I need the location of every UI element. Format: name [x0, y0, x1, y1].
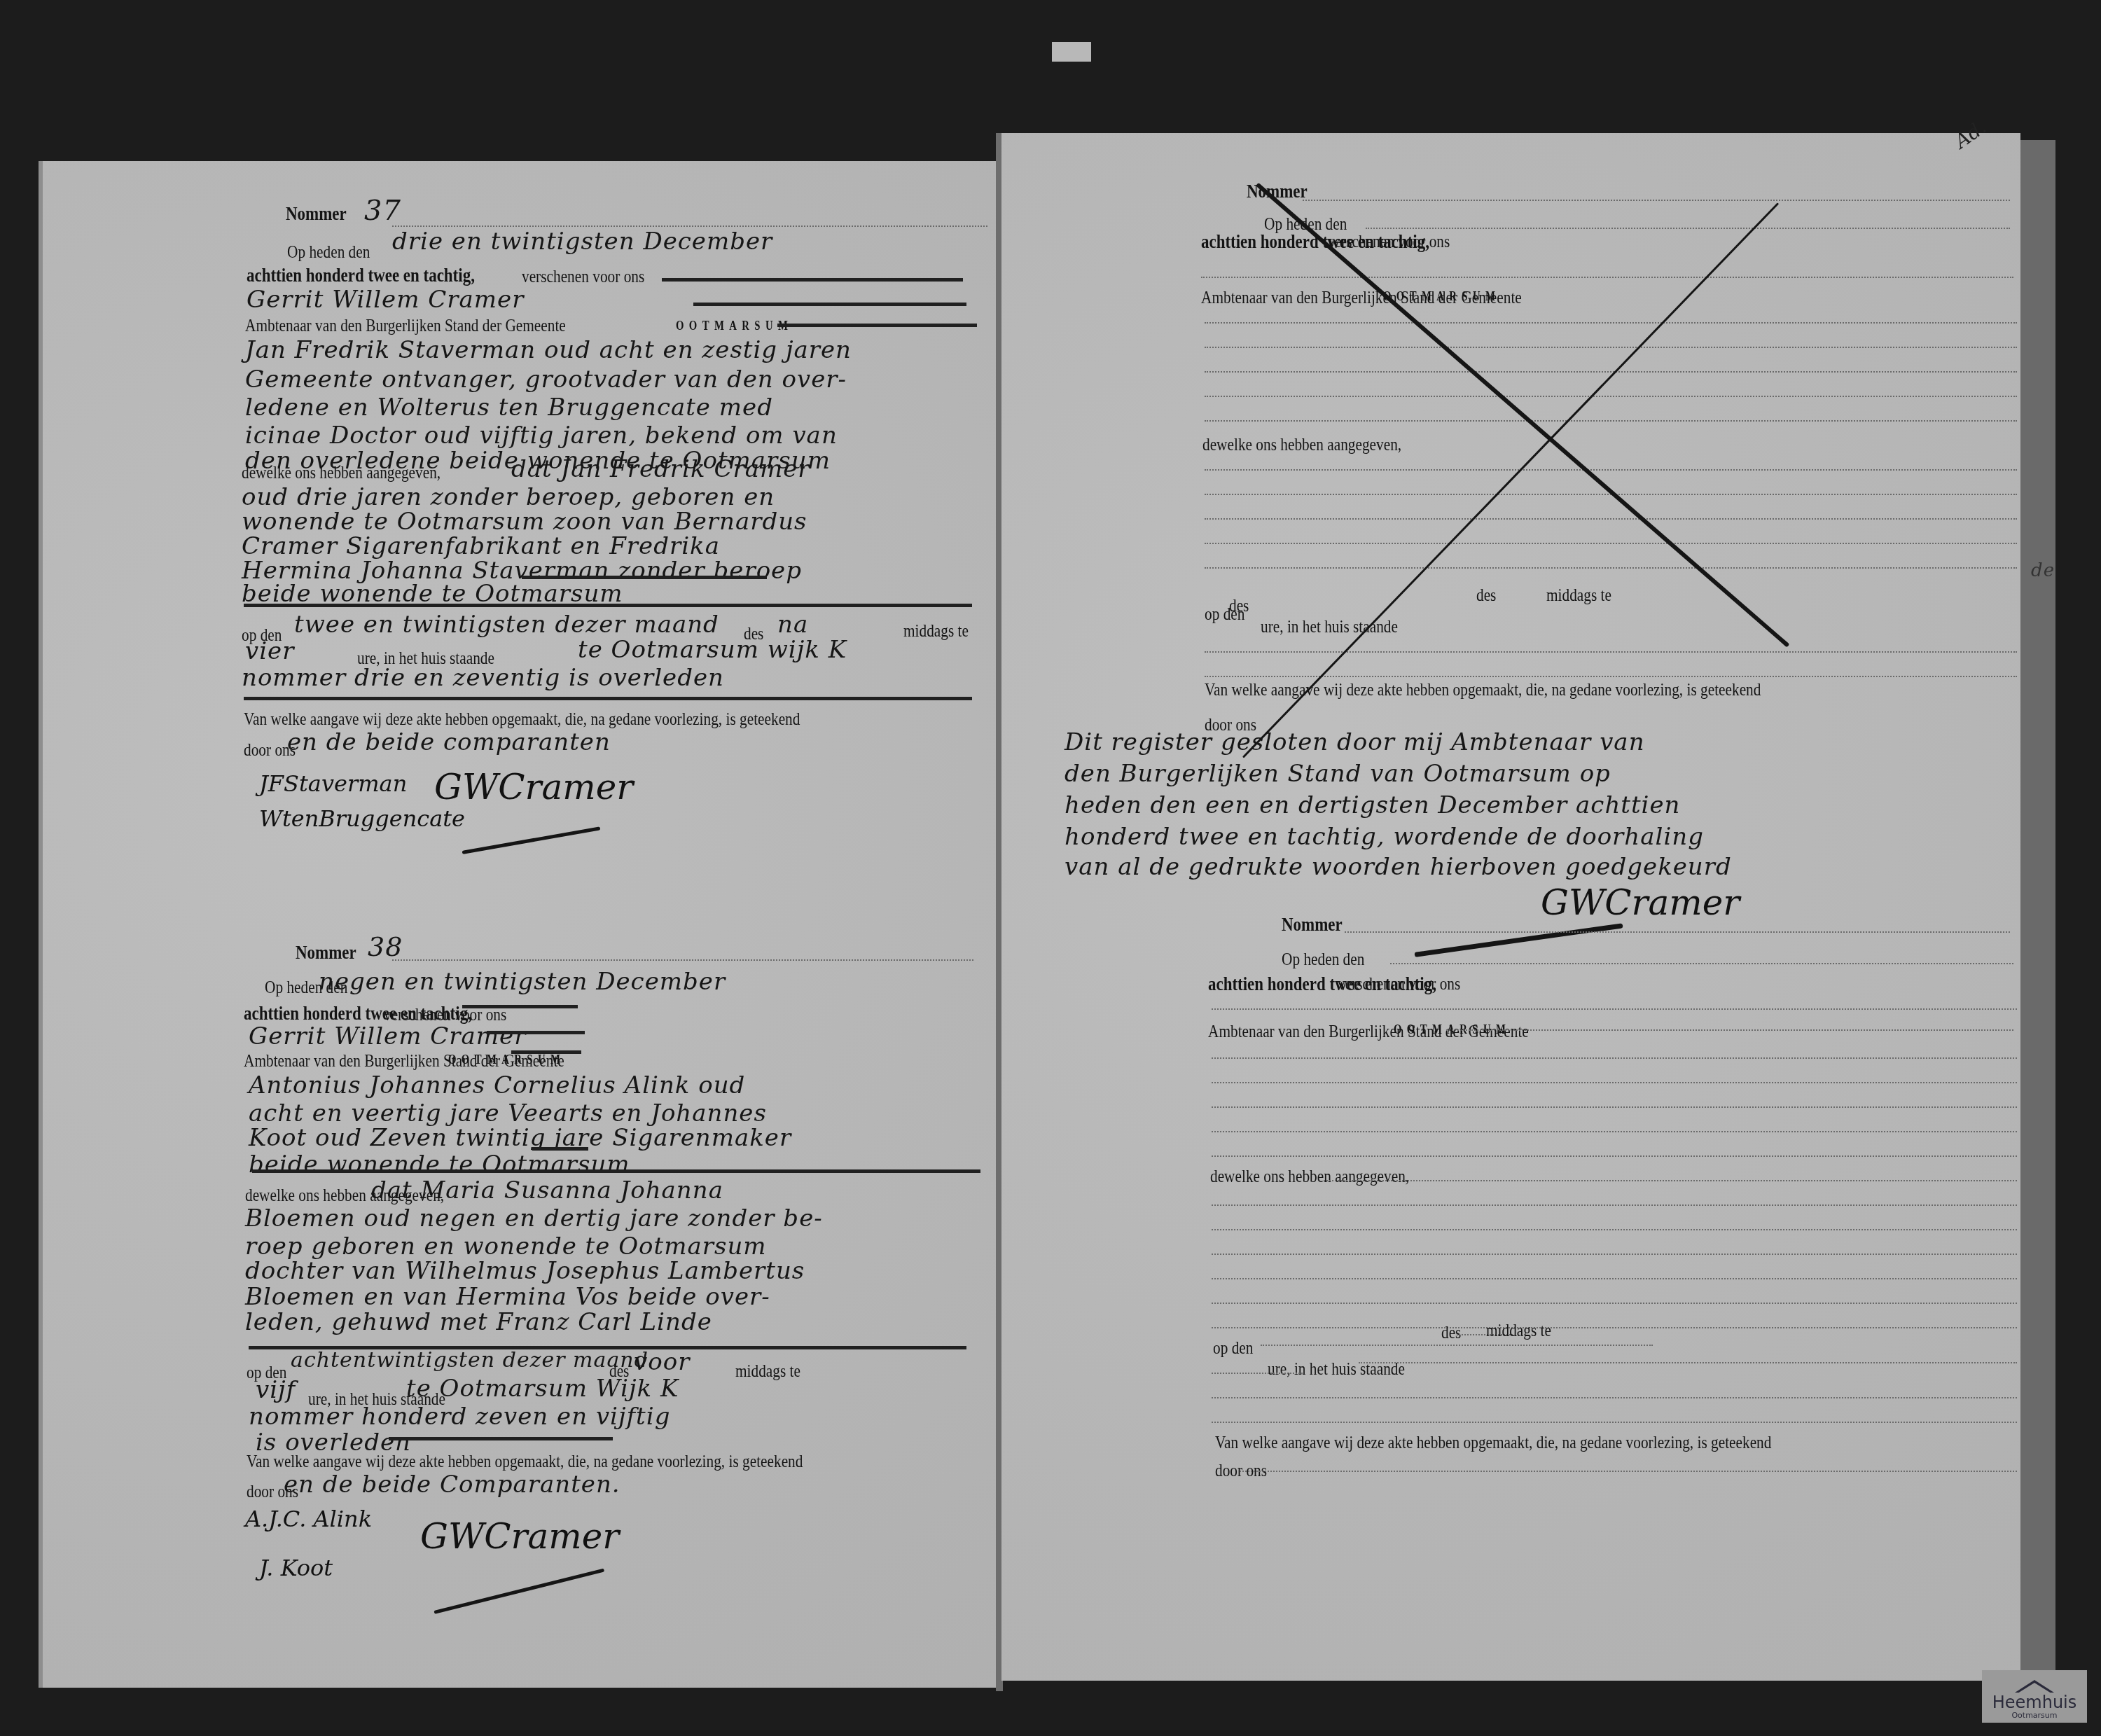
nommer-label: Nommer	[286, 203, 347, 225]
declared-line: Bloemen en van Hermina Vos beide over-	[245, 1283, 770, 1311]
declared-line: Cramer Sigarenfabrikant en Fredrika	[242, 532, 720, 560]
middags-label: middags te	[1486, 1320, 1551, 1341]
underlying-page-edge	[2020, 140, 2055, 1681]
closing-line: heden den een en dertigsten December ach…	[1065, 791, 1681, 819]
heemhuis-logo: Heemhuis Ootmarsum	[1982, 1670, 2087, 1723]
declarant-line: ledene en Wolterus ten Bruggencate med	[245, 394, 773, 422]
declarant-line: icinae Doctor oud vijftig jaren, bekend …	[245, 422, 838, 450]
film-marker-strip	[1052, 42, 1091, 62]
declared-line: roep geboren en wonende te Ootmarsum	[245, 1232, 767, 1261]
house-line: nommer drie en zeventig is overleden	[242, 664, 724, 692]
declared-line: Bloemen oud negen en dertig jare zonder …	[245, 1204, 823, 1232]
dewelke-label: dewelke ons hebben aangegeven,	[242, 462, 441, 483]
house-line: te Ootmarsum Wijk K	[406, 1375, 679, 1403]
logo-name: Heemhuis	[1992, 1694, 2077, 1711]
entry-number: 38	[368, 931, 403, 962]
declarant-line: beide wonende te Ootmarsum	[249, 1151, 630, 1179]
death-date: achtentwintigsten dezer maand	[291, 1348, 649, 1373]
op-den-label: op den	[1213, 1338, 1253, 1359]
signature-koot: J. Koot	[259, 1555, 333, 1581]
verschenen-label: verschenen voor ons	[1327, 231, 1450, 252]
house-line: nommer honderd zeven en vijftig	[249, 1403, 670, 1431]
hour-value: vier	[245, 637, 294, 665]
verschenen-label: verschenen voor ons	[1338, 973, 1460, 994]
middags-label: middags te	[903, 620, 969, 641]
des-value: na	[777, 611, 808, 639]
entry-date: drie en twintigsten December	[392, 228, 772, 256]
verschenen-label: verschenen voor ons	[522, 266, 644, 287]
nommer-label: Nommer	[296, 942, 356, 964]
house-roof-icon	[2015, 1680, 2054, 1693]
signature-cramer: GWCramer	[420, 1516, 619, 1557]
declared-line: dat Jan Fredrik Cramer	[511, 455, 810, 483]
dewelke-label: dewelke ons hebben aangegeven,	[1202, 434, 1401, 455]
entry-date: negen en twintigsten December	[319, 968, 726, 996]
dewelke-label: dewelke ons hebben aangegeven,	[1210, 1166, 1409, 1187]
hour-value: vijf	[256, 1376, 296, 1404]
des-label: des	[1476, 585, 1496, 606]
official-name: Gerrit Willem Cramer	[249, 1022, 526, 1050]
signature-cramer: GWCramer	[1541, 882, 1740, 923]
year-line: achttien honderd twee en tachtig,	[247, 265, 475, 287]
des-value: voor	[634, 1348, 690, 1376]
declared-line: dat Maria Susanna Johanna	[371, 1176, 723, 1204]
signature-staverman: JFStaverman	[259, 770, 407, 797]
des-label: des	[1441, 1322, 1461, 1343]
closing-line: Dit register gesloten door mij Ambtenaar…	[1065, 728, 1645, 756]
signed-by: en de beide Comparanten.	[284, 1471, 620, 1499]
signed-by: en de beide comparanten	[287, 728, 611, 756]
gemeente-label: OOTMARSUM	[1383, 289, 1500, 304]
declarant-line: Gemeente ontvanger, grootvader van den o…	[245, 366, 847, 394]
van-welke-text: Van welke aangave wij deze akte hebben o…	[1205, 679, 1761, 700]
declarant-line: Koot oud Zeven twintig jare Sigarenmaker	[249, 1124, 791, 1152]
entry-number: 37	[364, 195, 401, 227]
closing-line: van al de gedrukte woorden hierboven goe…	[1065, 853, 1732, 881]
signature-ten-bruggencate: WtenBruggencate	[259, 805, 465, 832]
death-date: twee en twintigsten dezer maand	[294, 611, 719, 639]
op-heden-label: Op heden den	[287, 242, 370, 263]
op-heden-label: Op heden den	[1282, 949, 1364, 970]
op-den-label: op den	[1205, 604, 1244, 625]
signature-alink: A.J.C. Alink	[245, 1506, 372, 1532]
declared-line: leden, gehuwd met Franz Carl Linde	[245, 1308, 712, 1336]
van-welke-text: Van welke aangave wij deze akte hebben o…	[244, 709, 800, 730]
house-line: te Ootmarsum wijk K	[578, 636, 847, 664]
declarant-line: Antonius Johannes Cornelius Alink oud	[249, 1071, 745, 1099]
middags-label: middags te	[735, 1361, 800, 1382]
gemeente-label: OOTMARSUM	[676, 319, 793, 333]
logo-subtitle: Ootmarsum	[2011, 1711, 2057, 1720]
van-welke-text: Van welke aangave wij deze akte hebben o…	[247, 1451, 803, 1472]
declared-line: wonende te Ootmarsum zoon van Bernardus	[242, 508, 807, 536]
declared-line: oud drie jaren zonder beroep, geboren en	[242, 483, 775, 511]
declared-line: dochter van Wilhelmus Josephus Lambertus	[245, 1257, 805, 1285]
declarant-line: acht en veertig jare Veearts en Johannes	[249, 1099, 767, 1127]
declarant-line: Jan Fredrik Staverman oud acht en zestig…	[245, 336, 852, 364]
ambtenaar-label: Ambtenaar van den Burgerlijken Stand der…	[245, 315, 566, 336]
closing-line: honderd twee en tachtig, wordende de doo…	[1065, 823, 1704, 851]
nommer-label: Nommer	[1282, 914, 1343, 936]
signature-cramer: GWCramer	[434, 767, 633, 807]
closing-line: den Burgerlijken Stand van Ootmarsum op	[1065, 760, 1611, 788]
middags-label: middags te	[1546, 585, 1611, 606]
van-welke-text: Van welke aangave wij deze akte hebben o…	[1215, 1432, 1771, 1453]
official-name: Gerrit Willem Cramer	[247, 286, 524, 314]
gemeente-label: OOTMARSUM	[448, 1053, 565, 1067]
margin-fragment: de	[2031, 560, 2055, 581]
